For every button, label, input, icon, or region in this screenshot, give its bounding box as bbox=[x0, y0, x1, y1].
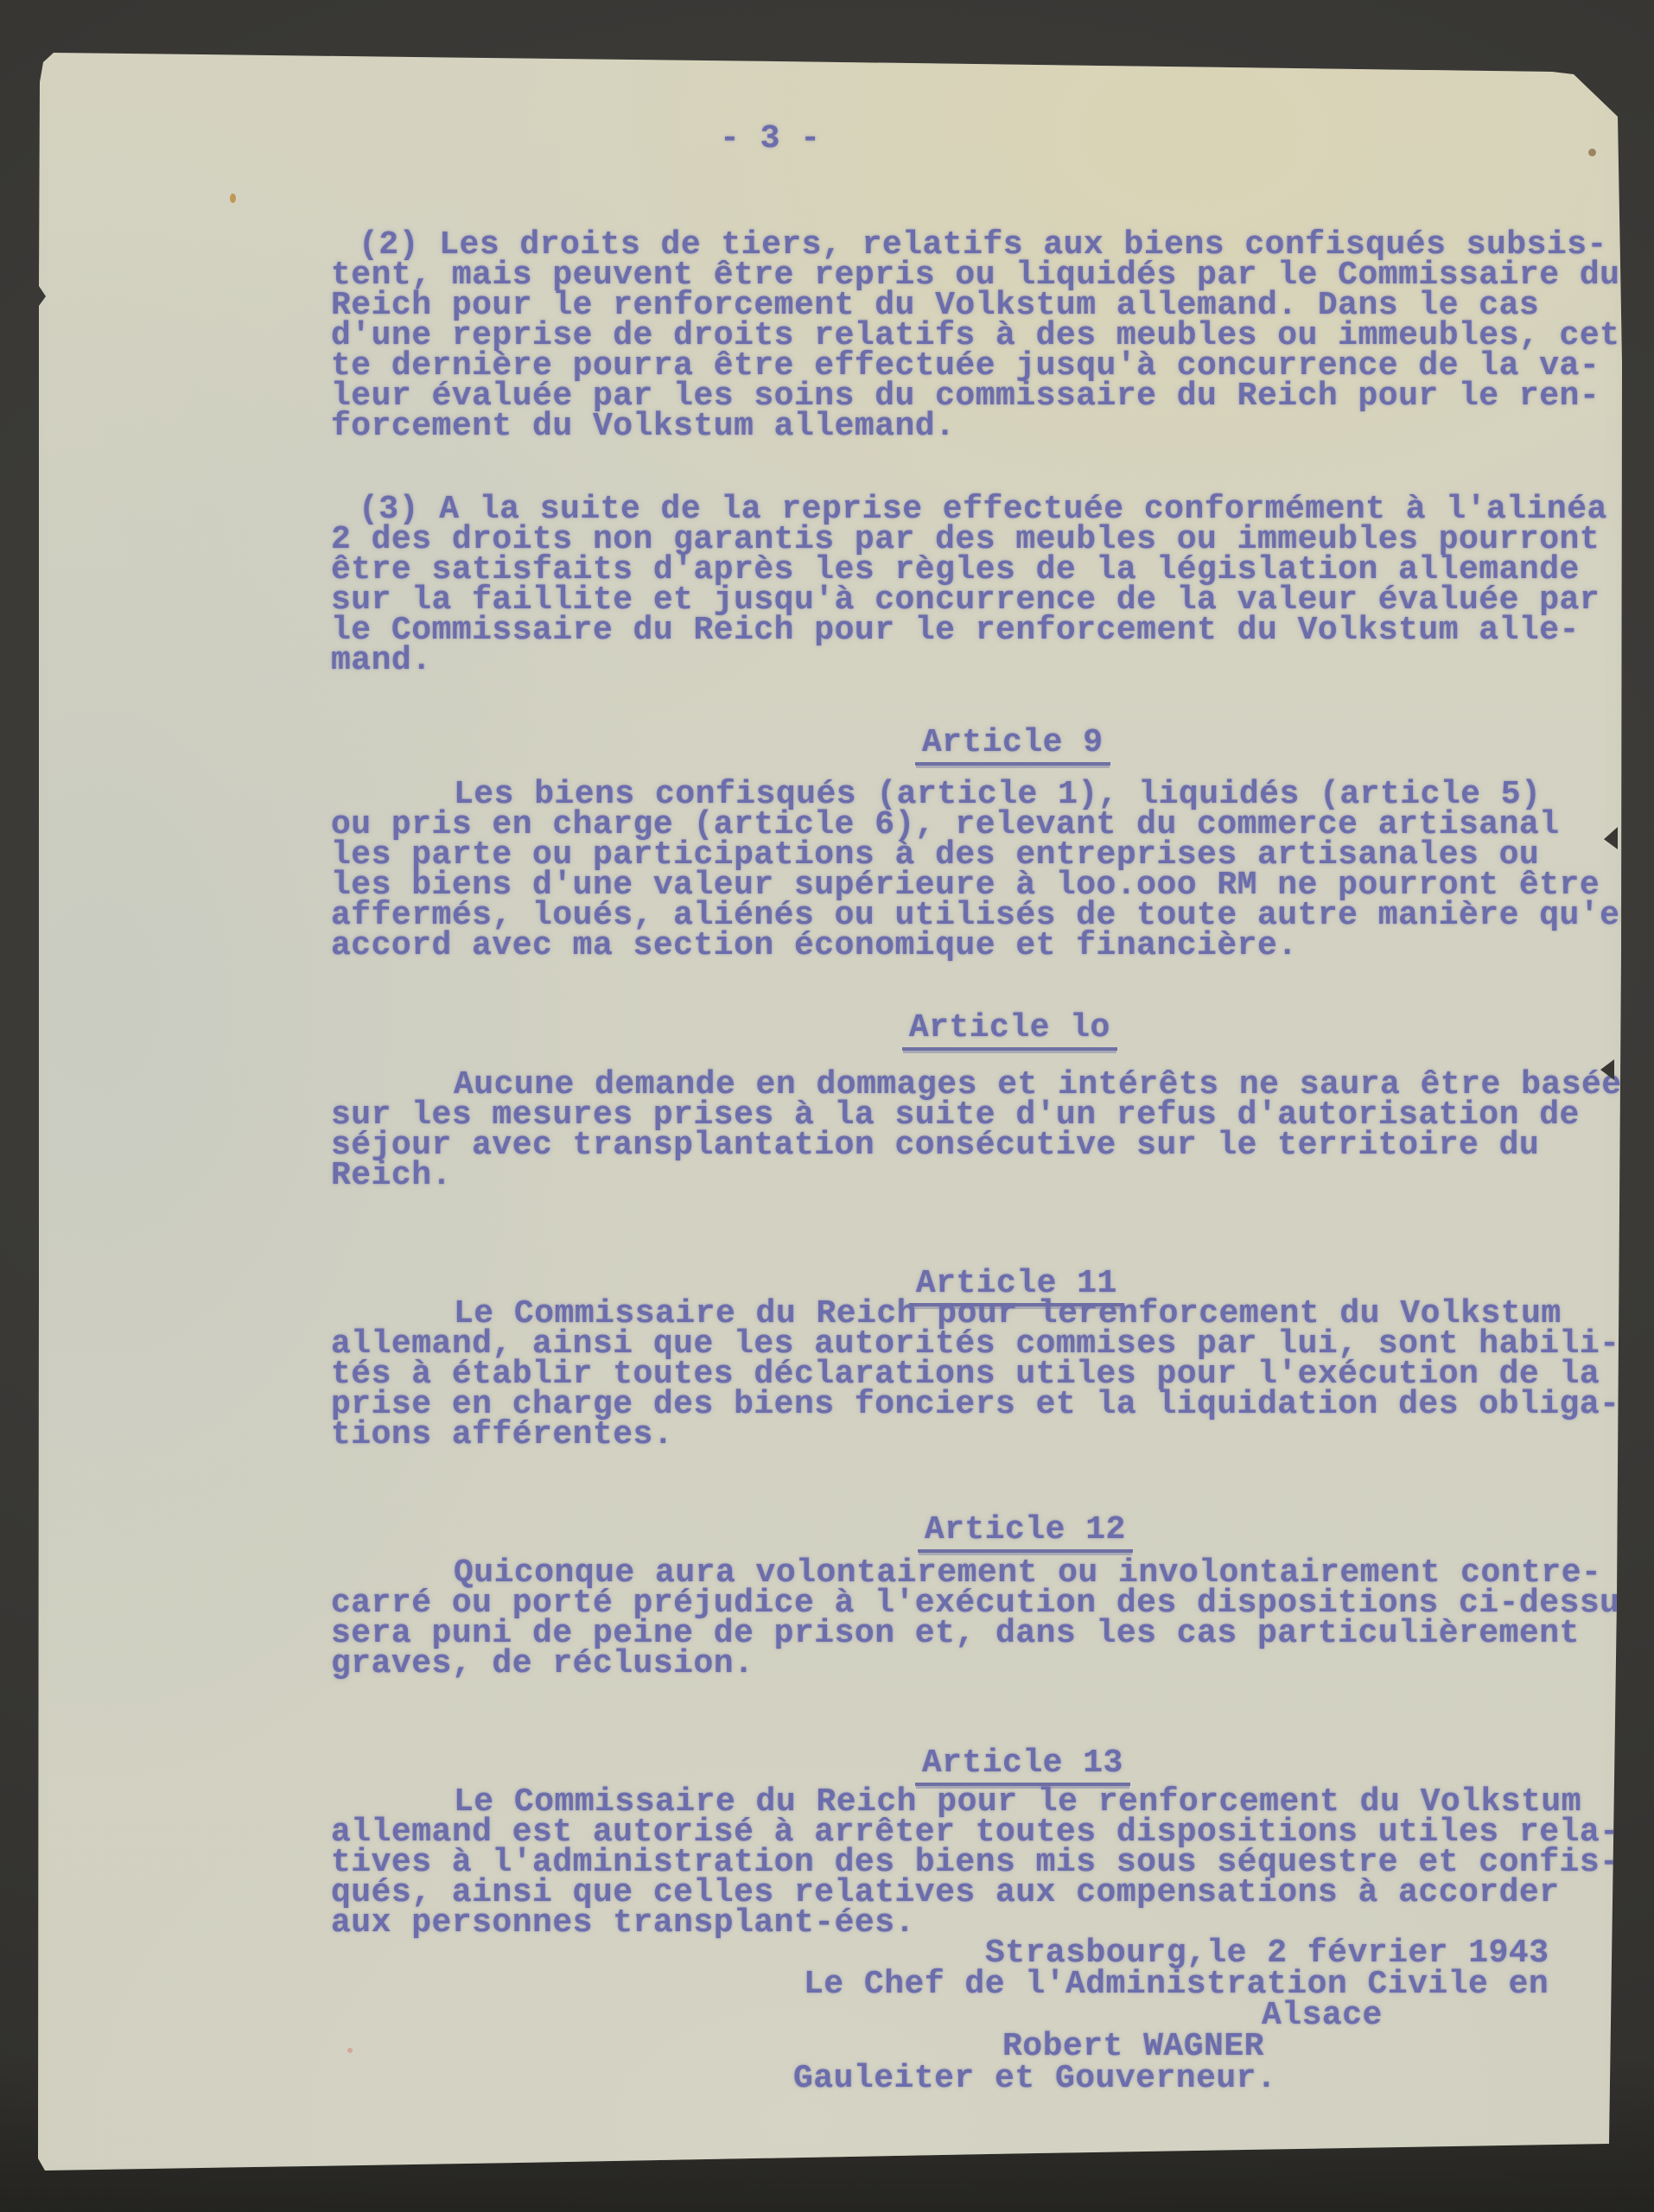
article-13-heading-text: Article 13 bbox=[915, 1748, 1130, 1786]
typed-line: Reich. bbox=[331, 1160, 1622, 1191]
paper-speck bbox=[347, 2048, 353, 2053]
typed-line: forcement du Volkstum allemand. bbox=[331, 411, 1640, 442]
typed-line: prise en charge des biens fonciers et la… bbox=[331, 1389, 1619, 1420]
typed-line: d'une reprise de droits relatifs à des m… bbox=[331, 321, 1640, 351]
article-12-heading-text: Article 12 bbox=[918, 1515, 1133, 1553]
closing-signatory-role: Gauleiter et Gouverneur. bbox=[793, 2063, 1276, 2094]
typed-line: sera puni de peine de prison et, dans le… bbox=[331, 1618, 1640, 1649]
typed-line: (3) A la suite de la reprise effectuée c… bbox=[331, 494, 1607, 524]
paragraph-3: (3) A la suite de la reprise effectuée c… bbox=[331, 494, 1607, 676]
typed-line: Les biens confisqués (article 1), liquid… bbox=[331, 779, 1640, 810]
typed-line: graves, de réclusion. bbox=[331, 1649, 1640, 1679]
typed-line: 2 des droits non garantis par des meuble… bbox=[331, 524, 1607, 555]
typed-line: mand. bbox=[331, 645, 1607, 676]
article-9-heading-text: Article 9 bbox=[915, 728, 1110, 766]
article-11-body: Le Commissaire du Reich pour lerenforcem… bbox=[331, 1299, 1619, 1450]
typed-line: ou pris en charge (article 6), relevant … bbox=[331, 810, 1640, 840]
typed-line: séjour avec transplantation consécutive … bbox=[331, 1130, 1622, 1160]
typed-line: tés à établir toutes déclarations utiles… bbox=[331, 1359, 1619, 1389]
typed-line: les parte ou participations à des entrep… bbox=[331, 840, 1640, 870]
typed-line: les biens d'une valeur supérieure à loo.… bbox=[331, 870, 1640, 900]
document-page: - 3 - (2) Les droits de tiers, relatifs … bbox=[0, 0, 1654, 2212]
closing-region: Alsace bbox=[1262, 2000, 1383, 2031]
typed-line: tives à l'administration des biens mis s… bbox=[331, 1847, 1619, 1878]
typed-line: affermés, loués, aliénés ou utilisés de … bbox=[331, 900, 1640, 931]
typed-text-layer: - 3 - (2) Les droits de tiers, relatifs … bbox=[0, 0, 1654, 2212]
typed-line: qués, ainsi que celles relatives aux com… bbox=[331, 1878, 1619, 1908]
article-12-body: Quiconque aura volontairement ou involon… bbox=[331, 1558, 1640, 1679]
typed-line: tent, mais peuvent être repris ou liquid… bbox=[331, 260, 1640, 290]
closing-signatory-title: Le Chef de l'Administration Civile en bbox=[804, 1969, 1549, 1999]
page-number: - 3 - bbox=[720, 124, 821, 154]
typed-line: leur évaluée par les soins du commissair… bbox=[331, 381, 1640, 411]
typed-line: Reich pour le renforcement du Volkstum a… bbox=[331, 290, 1640, 321]
typed-line: être satisfaits d'après les règles de la… bbox=[331, 555, 1607, 585]
paper-speck bbox=[230, 194, 236, 203]
article-9-body: Les biens confisqués (article 1), liquid… bbox=[331, 779, 1640, 961]
article-13-body: Le Commissaire du Reich pour le renforce… bbox=[331, 1787, 1619, 1938]
typed-line: carré ou porté préjudice à l'exécution d… bbox=[331, 1588, 1640, 1618]
typed-line: Quiconque aura volontairement ou involon… bbox=[331, 1558, 1640, 1588]
article-10-body: Aucune demande en dommages et intérêts n… bbox=[331, 1070, 1622, 1191]
typed-line: Aucune demande en dommages et intérêts n… bbox=[331, 1070, 1622, 1100]
typed-line: accord avec ma section économique et fin… bbox=[331, 931, 1640, 961]
article-10-heading-text: Article lo bbox=[902, 1013, 1117, 1051]
paragraph-2: (2) Les droits de tiers, relatifs aux bi… bbox=[331, 230, 1640, 442]
closing-place-date: Strasbourg,le 2 février 1943 bbox=[985, 1938, 1549, 1968]
paper-speck bbox=[1588, 149, 1596, 156]
typed-line: te dernière pourra être effectuée jusqu'… bbox=[331, 351, 1640, 381]
typed-line: (2) Les droits de tiers, relatifs aux bi… bbox=[331, 230, 1640, 260]
typed-line: le Commissaire du Reich pour le renforce… bbox=[331, 615, 1607, 645]
typed-line: allemand est autorisé à arrêter toutes d… bbox=[331, 1817, 1619, 1847]
typed-line: tions afférentes. bbox=[331, 1420, 1619, 1450]
typed-line: aux personnes transplant-ées. bbox=[331, 1908, 1619, 1938]
typed-line: Le Commissaire du Reich pour le renforce… bbox=[331, 1787, 1619, 1817]
typed-line: Le Commissaire du Reich pour lerenforcem… bbox=[331, 1299, 1619, 1329]
typed-line: allemand, ainsi que les autorités commis… bbox=[331, 1329, 1619, 1359]
closing-signatory-name: Robert WAGNER bbox=[1002, 2031, 1264, 2062]
typed-line: sur la faillite et jusqu'à concurrence d… bbox=[331, 585, 1607, 615]
typed-line: sur les mesures prises à la suite d'un r… bbox=[331, 1100, 1622, 1130]
